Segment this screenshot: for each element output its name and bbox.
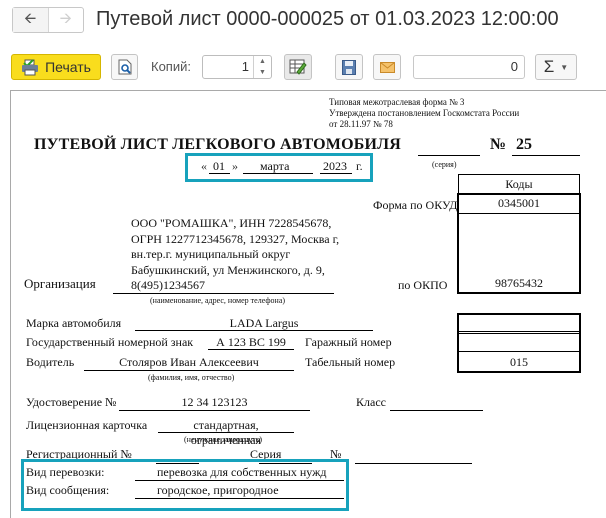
date-close-quote: » <box>232 159 238 174</box>
date-day-line <box>209 173 230 174</box>
form-note: Типовая межотраслевая форма № 3 Утвержде… <box>329 97 519 130</box>
arrow-left-icon: 🡨 <box>24 8 36 33</box>
okud-divider <box>459 213 579 214</box>
message-type-label: Вид сообщения: <box>26 483 109 498</box>
edit-button[interactable] <box>284 54 312 80</box>
date-open-quote: « <box>201 159 207 174</box>
organization-caption: (наименование, адрес, номер телефона) <box>150 296 285 305</box>
transport-type-underline <box>135 480 344 481</box>
card-caption: (ненужное зачеркнуть) <box>184 435 262 444</box>
license-label: Удостоверение № <box>26 395 117 410</box>
copies-stepper[interactable]: ▲ ▼ <box>253 56 271 78</box>
series-line <box>418 155 480 156</box>
date-day: 01 <box>213 159 225 174</box>
forward-button[interactable]: 🡪 <box>48 8 84 32</box>
plate-underline <box>208 349 294 350</box>
no-underline <box>355 463 472 464</box>
message-type-underline <box>135 498 344 499</box>
plate-label: Государственный номерной знак <box>26 335 193 350</box>
codes-header: Коды <box>459 175 579 193</box>
print-preview-button[interactable] <box>111 54 138 80</box>
sum-menu-button[interactable]: Σ ▼ <box>535 54 577 80</box>
date-year-line <box>320 173 352 174</box>
navigation-buttons: 🡨 🡪 <box>12 7 84 33</box>
transport-type-value: перевозка для собственных нужд <box>157 465 326 480</box>
car-brand-underline <box>135 330 373 331</box>
okpo-label: по ОКПО <box>398 278 447 293</box>
copies-input[interactable]: 1 ▲ ▼ <box>202 55 272 79</box>
document-title: ПУТЕВОЙ ЛИСТ ЛЕГКОВОГО АВТОМОБИЛЯ <box>34 136 401 154</box>
stepper-up-icon[interactable]: ▲ <box>259 58 266 65</box>
print-label: Печать <box>45 59 91 75</box>
okpo-value: 98765432 <box>459 276 579 291</box>
okud-value: 0345001 <box>459 196 579 211</box>
organization-line: ООО "РОМАШКА", ИНН 7228545678, <box>131 216 339 232</box>
edit-table-icon <box>289 59 307 75</box>
print-button[interactable]: Печать <box>11 54 101 80</box>
arrow-right-icon: 🡪 <box>60 8 72 33</box>
organization-line-underline <box>113 293 334 294</box>
organization-label: Организация <box>24 276 96 292</box>
driver-underline <box>84 370 294 371</box>
class-label: Класс <box>356 395 386 410</box>
window-title: Путевой лист 0000-000025 от 01.03.2023 1… <box>96 8 559 31</box>
license-value: 12 34 123123 <box>119 395 310 410</box>
driver-caption: (фамилия, имя, отчество) <box>148 373 234 382</box>
license-underline <box>119 410 310 411</box>
personnel-label: Табельный номер <box>305 355 395 370</box>
series-caption: (серия) <box>432 160 457 169</box>
page-top-border <box>10 90 606 91</box>
organization-line: ОГРН 1227712345678, 129327, Москва г, <box>131 232 339 248</box>
car-brand-label: Марка автомобиля <box>26 316 121 331</box>
date-month: марта <box>260 159 289 174</box>
card-underline <box>158 432 294 433</box>
copies-label: Копий: <box>151 59 191 74</box>
organization-line: 8(495)1234567 <box>131 278 339 294</box>
class-underline <box>390 410 483 411</box>
print-preview-icon <box>118 59 132 75</box>
driver-value: Столяров Иван Алексеевич <box>84 355 294 370</box>
number-line <box>512 155 580 156</box>
message-type-value: городское, пригородное <box>157 483 279 498</box>
personnel-value: 015 <box>459 355 579 370</box>
driver-label: Водитель <box>26 355 74 370</box>
save-button[interactable] <box>335 54 363 80</box>
organization-value: ООО "РОМАШКА", ИНН 7228545678, ОГРН 1227… <box>131 216 339 294</box>
document-number: 25 <box>516 136 532 154</box>
garage-label: Гаражный номер <box>305 335 392 350</box>
sigma-icon: Σ <box>544 57 555 77</box>
codes-header-cell: Коды <box>458 174 580 194</box>
envelope-icon <box>380 62 395 73</box>
plate-value: А 123 ВС 199 <box>208 335 294 350</box>
page-left-border <box>10 90 11 518</box>
date-month-line <box>243 173 313 174</box>
email-button[interactable] <box>373 54 401 80</box>
date-year-suffix: г. <box>356 159 363 174</box>
date-year: 2023 <box>323 159 347 174</box>
back-button[interactable]: 🡨 <box>13 8 48 32</box>
vehicle-codes-divider <box>459 351 579 352</box>
sum-value-field[interactable]: 0 <box>413 55 525 79</box>
vehicle-codes-divider <box>459 333 579 334</box>
form-note-line: от 28.11.97 № 78 <box>329 119 519 130</box>
organization-line: вн.тер.г. муниципальный округ <box>131 247 339 263</box>
sum-value: 0 <box>511 59 518 74</box>
copies-value: 1 <box>242 59 249 74</box>
okud-label: Форма по ОКУД <box>373 198 457 213</box>
transport-type-label: Вид перевозки: <box>26 465 105 480</box>
car-brand-value: LADA Largus <box>155 316 373 331</box>
stepper-down-icon[interactable]: ▼ <box>259 69 266 76</box>
chevron-down-icon: ▼ <box>560 63 568 72</box>
organization-line: Бабушкинский, ул Менжинского, д. 9, <box>131 263 339 279</box>
vehicle-codes-divider <box>459 331 579 332</box>
printer-icon <box>21 59 39 76</box>
floppy-disk-icon <box>342 60 356 75</box>
form-note-line: Типовая межотраслевая форма № 3 <box>329 97 519 108</box>
number-sign: № <box>490 136 506 154</box>
form-note-line: Утверждена постановлением Госкомстата Ро… <box>329 108 519 119</box>
card-label: Лицензионная карточка <box>26 418 147 433</box>
